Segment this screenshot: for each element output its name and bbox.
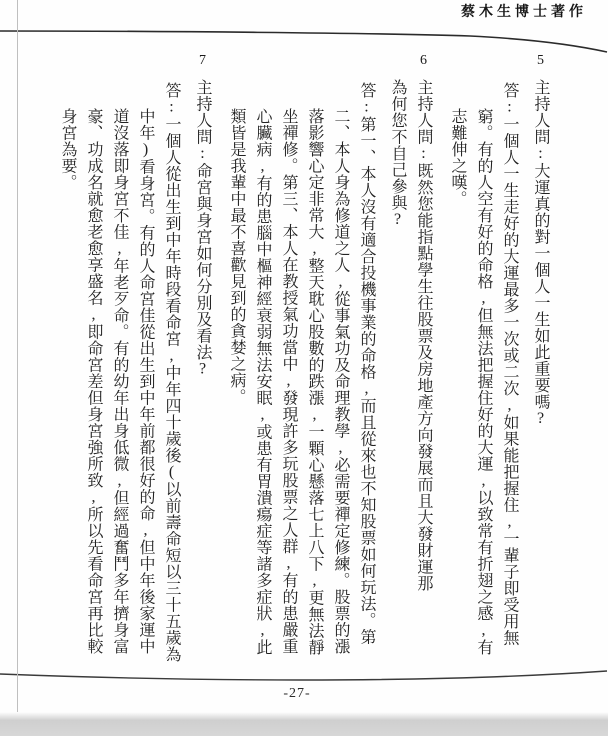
question-7-text: 主持人問:命宮與身宮如何分別及看法? bbox=[194, 79, 211, 378]
question-7-line-1: 7主持人問:命宮與身宮如何分別及看法? bbox=[189, 53, 215, 671]
page-number: -27- bbox=[0, 686, 594, 702]
question-6-line-2: 為何您不自己參與? bbox=[384, 53, 410, 671]
section-number-7: 7 bbox=[195, 53, 210, 68]
qa-section-7: 7主持人問:命宮與身宮如何分別及看法? 答:一個人從出生到中年時段看命宮,中年四… bbox=[54, 53, 215, 671]
answer-6-line-5: 心臟病,有的患腦中樞神經衰弱無法安眠,或患有胃潰瘍症等諸多症狀,此 bbox=[249, 53, 275, 671]
bottom-rule-line bbox=[0, 671, 607, 680]
answer-7-line-1: 答:一個人從出生到中年時段看命宮,中年四十歲後(以前壽命短以三十五歲為 bbox=[158, 53, 184, 671]
book-page: 蔡木生博士著作 5主持人問:大運真的對一個人一生如此重要嗎? 答:一個人一生走好… bbox=[0, 0, 608, 736]
top-rule-line bbox=[0, 31, 607, 52]
question-5-text: 主持人問:大運真的對一個人一生如此重要嗎? bbox=[532, 79, 549, 428]
answer-6-line-1: 答:第一、本人沒有適合投機事業的命格,而且從來也不知股票如何玩法。第 bbox=[353, 53, 379, 671]
section-number-5: 5 bbox=[533, 53, 548, 68]
answer-7-line-3: 道沒落即身宮不佳,年老歹命。有的幼年出身低微,但經過奮鬥多年擠身富 bbox=[106, 53, 132, 671]
answer-7-line-4: 豪、功成名就愈老愈享盛名,即命宮差但身宮強所致,所以先看命宮再比較 bbox=[80, 53, 106, 671]
content-area: 5主持人問:大運真的對一個人一生如此重要嗎? 答:一個人一生走好的大運最多一次或… bbox=[54, 53, 553, 671]
answer-7-line-2: 中年)看身宮。有的人命宮佳從出生到中年前都很好的命,但中年後家運中 bbox=[132, 53, 158, 671]
left-edge-scan-line bbox=[17, 0, 18, 736]
header-title: 蔡木生博士著作 bbox=[461, 1, 587, 21]
answer-6-line-2: 二、本人身為修道之人,從事氣功及命理教學,必需要禪定修練。股票的漲 bbox=[327, 53, 353, 671]
answer-6-line-4: 坐禪修。第三、本人在教授氣功當中,發現許多玩股票之人群,有的患嚴重 bbox=[275, 53, 301, 671]
answer-7-line-5: 身宮為要。 bbox=[54, 53, 80, 671]
section-number-6: 6 bbox=[416, 53, 431, 68]
qa-section-5: 5主持人問:大運真的對一個人一生如此重要嗎? 答:一個人一生走好的大運最多一次或… bbox=[444, 53, 553, 671]
question-6-text: 主持人問:既然您能指點學生往股票及房地產方向發展而且大發財運那 bbox=[415, 79, 432, 592]
bottom-scan-edge bbox=[0, 712, 608, 736]
answer-5-line-3: 志難伸之嘆。 bbox=[444, 53, 470, 671]
answer-5-line-1: 答:一個人一生走好的大運最多一次或二次,如果能把握住,一輩子即受用無 bbox=[496, 53, 522, 671]
question-6-line-1: 6主持人問:既然您能指點學生往股票及房地產方向發展而且大發財運那 bbox=[410, 53, 436, 671]
qa-section-6: 6主持人問:既然您能指點學生往股票及房地產方向發展而且大發財運那 為何您不自己參… bbox=[223, 53, 436, 671]
answer-5-line-2: 窮。有的人空有好的命格,但無法把握住好的大運,以致常有折翅之感,有 bbox=[470, 53, 496, 671]
answer-6-line-3: 落影響心定非常大,整天耽心股數的跌漲,一顆心懸落七上八下,更無法靜 bbox=[301, 53, 327, 671]
answer-6-line-6: 類皆是我輩中最不喜歡見到的貪婪之病。 bbox=[223, 53, 249, 671]
question-5-line-1: 5主持人問:大運真的對一個人一生如此重要嗎? bbox=[527, 53, 553, 671]
